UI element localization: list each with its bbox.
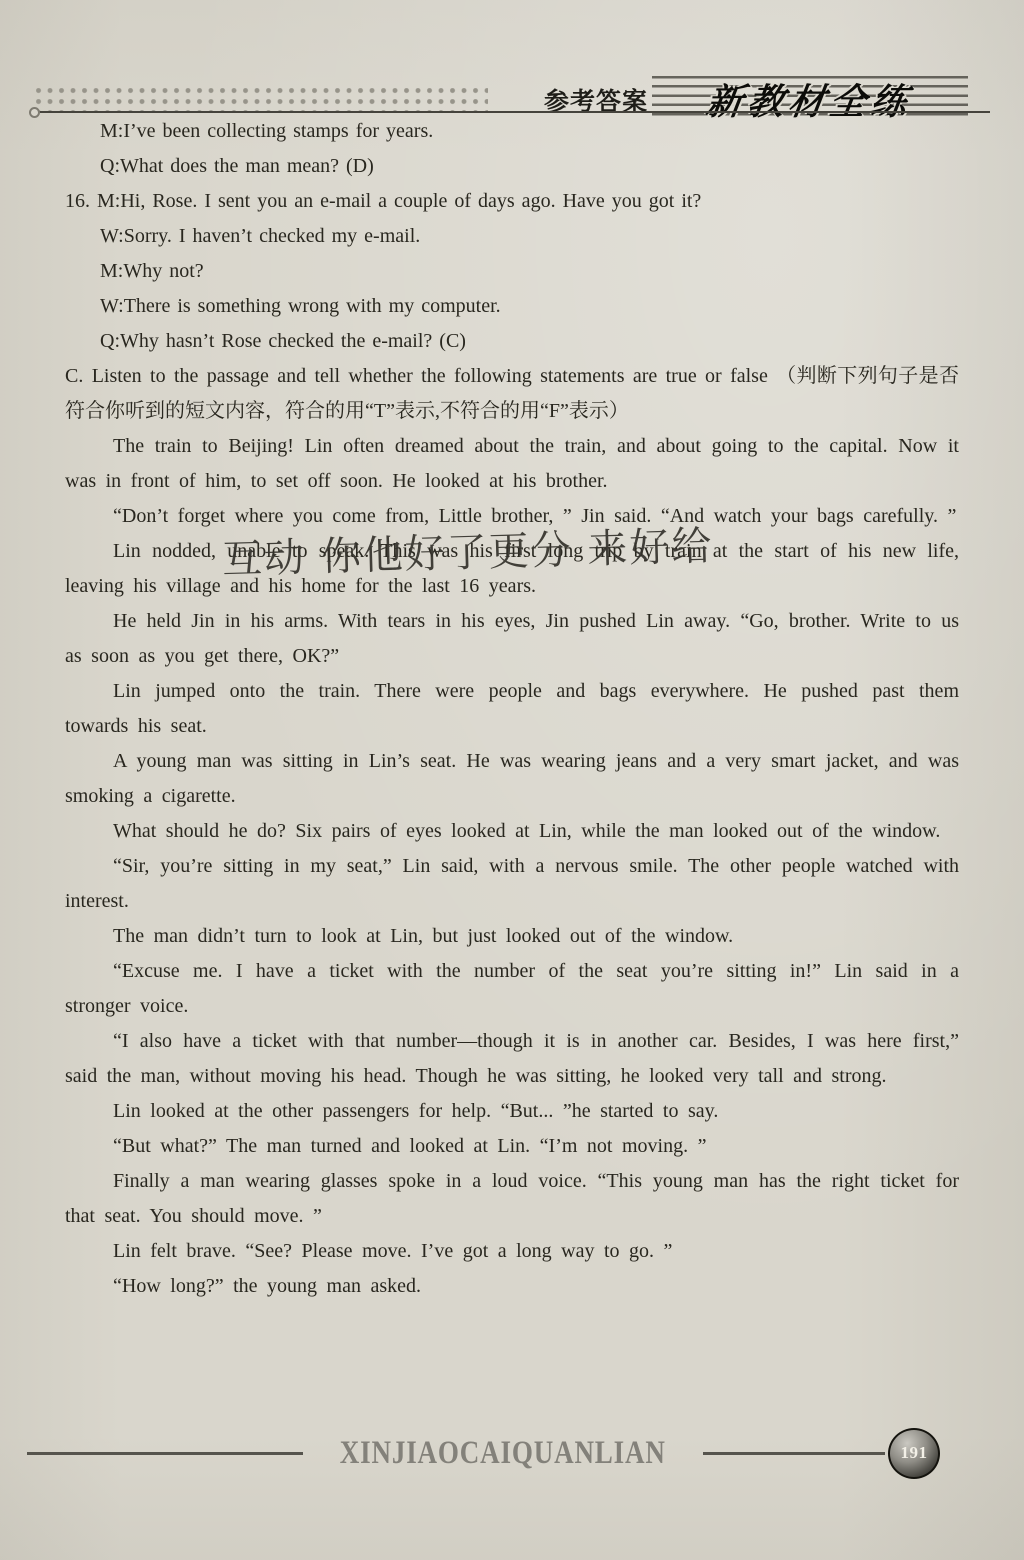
page-footer: XINJIAOCAIQUANLIAN 191 (0, 1424, 1024, 1482)
passage-paragraph: Lin jumped onto the train. There were pe… (65, 674, 959, 744)
dialogue-line: 16. M:Hi, Rose. I sent you an e-mail a c… (65, 184, 959, 219)
dialogue-block: M:I’ve been collecting stamps for years.… (65, 114, 959, 359)
dialogue-line: Q:Why hasn’t Rose checked the e-mail? (C… (65, 324, 959, 359)
passage-paragraph: The train to Beijing! Lin often dreamed … (65, 429, 959, 499)
passage-paragraph: “How long?” the young man asked. (65, 1269, 959, 1304)
divider-end-dot-icon (29, 107, 40, 118)
header-divider (33, 111, 990, 113)
series-title: XINJIAOCAIQUANLIAN (340, 1435, 666, 1472)
passage-paragraph: The man didn’t turn to look at Lin, but … (65, 919, 959, 954)
passage-paragraph: Lin felt brave. “See? Please move. I’ve … (65, 1234, 959, 1269)
page-number: 191 (901, 1443, 928, 1463)
answer-content: M:I’ve been collecting stamps for years.… (65, 114, 959, 1304)
dialogue-line: W:Sorry. I haven’t checked my e-mail. (65, 219, 959, 254)
passage-paragraph: “Excuse me. I have a ticket with the num… (65, 954, 959, 1024)
passage-paragraph: He held Jin in his arms. With tears in h… (65, 604, 959, 674)
passage-paragraph: “Don’t forget where you come from, Littl… (65, 499, 959, 534)
passage-paragraph: Lin looked at the other passengers for h… (65, 1094, 959, 1129)
passage-paragraph: “But what?” The man turned and looked at… (65, 1129, 959, 1164)
page-number-badge: 191 (888, 1428, 940, 1479)
scanned-answer-page: 参考答案 新教材全练 M:I’ve been collecting stamps… (0, 0, 1024, 1560)
passage-paragraph: “Sir, you’re sitting in my seat,” Lin sa… (65, 849, 959, 919)
dialogue-line: M:I’ve been collecting stamps for years. (65, 114, 959, 149)
passage-paragraph: “I also have a ticket with that number—t… (65, 1024, 959, 1094)
passage-paragraph: Finally a man wearing glasses spoke in a… (65, 1164, 959, 1234)
dialogue-line: M:Why not? (65, 254, 959, 289)
passage-paragraph: A young man was sitting in Lin’s seat. H… (65, 744, 959, 814)
dialogue-line: W:There is something wrong with my compu… (65, 289, 959, 324)
footer-rule-right (703, 1452, 885, 1455)
passage-paragraph: What should he do? Six pairs of eyes loo… (65, 814, 959, 849)
passage-block: The train to Beijing! Lin often dreamed … (65, 429, 959, 1304)
dotted-rule-decoration (36, 88, 488, 111)
passage-paragraph: Lin nodded, unable to speak. This was hi… (65, 534, 959, 604)
footer-rule-left (27, 1452, 303, 1455)
dialogue-line: Q:What does the man mean? (D) (65, 149, 959, 184)
section-c-heading: C. Listen to the passage and tell whethe… (65, 359, 959, 429)
